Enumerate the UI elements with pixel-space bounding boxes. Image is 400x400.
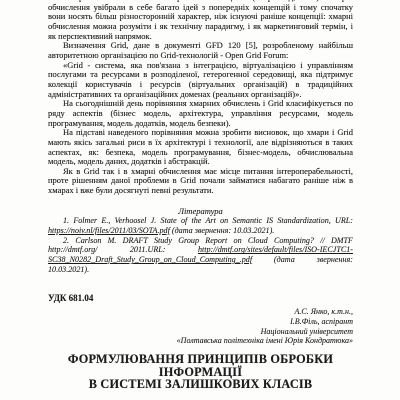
reference-1-text: 1. Folmer E., Verhoosel J. State of the … (63, 216, 353, 225)
author-line-2: І.В.Філь, аспірант (48, 317, 353, 327)
paper-title: ФОРМУЛЮВАННЯ ПРИНЦИПІВ ОБРОБКИ ІНФОРМАЦІ… (48, 353, 353, 391)
paragraph-grid-definition-quote: «Grid - система, яка пов'язана з інтегра… (48, 61, 353, 100)
affiliation-line-2: «Полтавська політехніка імені Юрія Кондр… (48, 336, 353, 346)
paragraph-grid-definition-intro: Визначення Grid, дане в документі GFD 12… (48, 41, 353, 60)
affiliation-line-1: Національний університет (48, 327, 353, 337)
reference-item-1: 1. Folmer E., Verhoosel J. State of the … (48, 216, 353, 235)
paragraph-comparison-conclusion: На підставі наведеного порівняння можна … (48, 128, 353, 167)
paper-title-line-2: В СИСТЕМІ ЗАЛИШКОВИХ КЛАСІВ (48, 378, 353, 391)
reference-1-url-link[interactable]: https://noiv.nl/files/2011/03/SOTA.pdf (48, 226, 170, 235)
udc-label: УДК 681.04 (48, 293, 353, 303)
paragraph-cloud-marketing: вони переважно вживалися в маркетингових… (48, 0, 353, 41)
paragraph-comparison-aspects: На сьогоднішній день порівняння хмарних … (48, 99, 353, 128)
author-block: А.С. Янко, к.т.н., І.В.Філь, аспірант На… (48, 307, 353, 345)
literature-heading: Література (48, 207, 353, 217)
author-line-1: А.С. Янко, к.т.н., (48, 307, 353, 317)
paragraph-interoperability: Як в Grid так і в хмарні обчислення має … (48, 167, 353, 196)
text-block: вони переважно вживалися в маркетингових… (48, 0, 353, 391)
scanned-paper-page: вони переважно вживалися в маркетингових… (0, 0, 400, 400)
paper-title-line-1: ФОРМУЛЮВАННЯ ПРИНЦИПІВ ОБРОБКИ ІНФОРМАЦІ… (48, 353, 353, 379)
reference-1-access-date: (дата звернення: 10.03.2021). (170, 226, 274, 235)
reference-item-2: 2. Carlson M. DRAFT Study Group Report o… (48, 236, 353, 275)
